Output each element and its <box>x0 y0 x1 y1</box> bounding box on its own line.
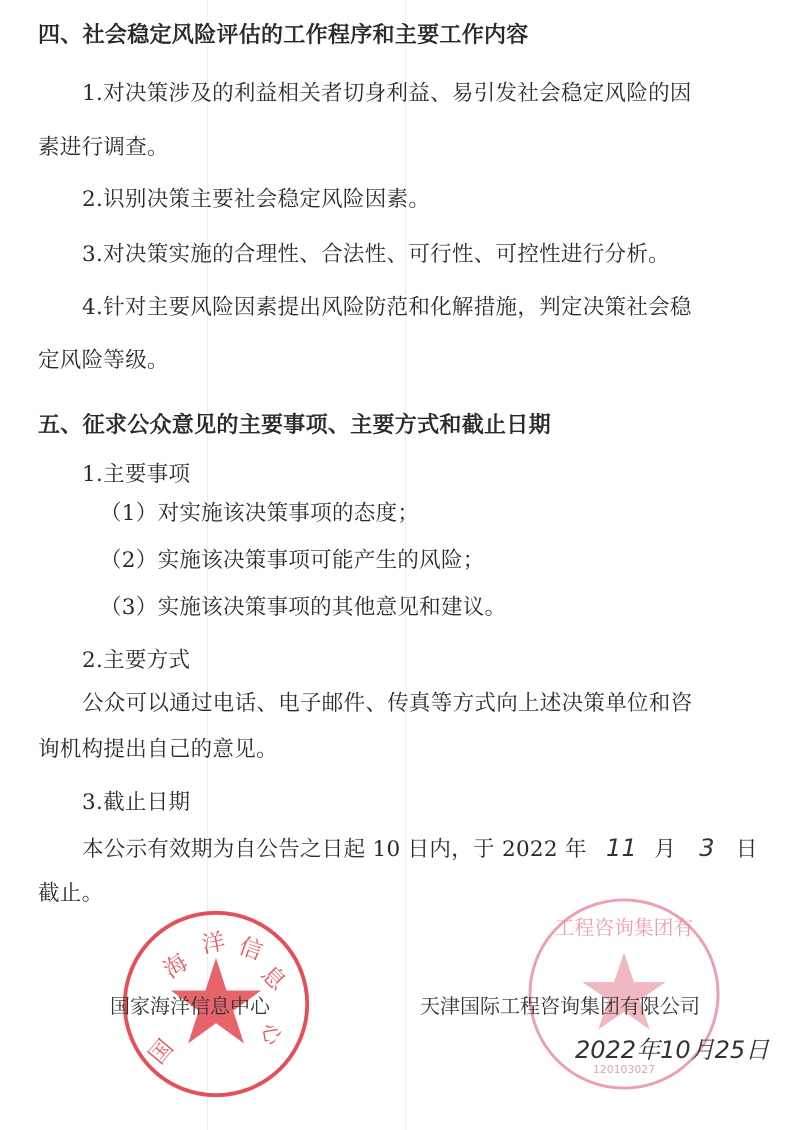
section5-heading: 五、征求公众意见的主要事项、主要方式和截止日期 <box>38 408 551 439</box>
sub3-line1: 本公示有效期为自公告之日起 10 日内，于 2022 年 11 月 3 日 <box>82 832 758 863</box>
svg-text:海: 海 <box>159 949 193 984</box>
sub1-item1: （1）对实施该决策事项的态度； <box>100 496 419 527</box>
sub2-title: 2.主要方式 <box>82 643 190 674</box>
deadline-month-handwritten: 11 <box>606 834 637 862</box>
svg-text:心: 心 <box>258 1022 286 1048</box>
sub1-item2: （2）实施该决策事项可能产生的风险； <box>100 543 485 574</box>
sub2-line1: 公众可以通过电话、电子邮件、传真等方式向上述决策单位和咨 <box>82 686 692 717</box>
svg-text:洋: 洋 <box>200 929 227 959</box>
left-organization-name: 国家海洋信息中心 <box>110 990 270 1019</box>
section4-item4-line2: 定风险等级。 <box>38 343 169 374</box>
section4-item1-line2: 素进行调查。 <box>38 130 169 161</box>
sub1-title: 1.主要事项 <box>82 457 190 488</box>
svg-text:120103027: 120103027 <box>593 1063 655 1076</box>
sub1-item3: （3）实施该决策事项的其他意见和建议。 <box>100 590 506 621</box>
svg-text:信: 信 <box>235 933 266 965</box>
right-organization-name: 天津国际工程咨询集团有限公司 <box>420 990 700 1019</box>
deadline-prefix: 本公示有效期为自公告之日起 10 日内，于 2022 年 <box>82 837 587 862</box>
deadline-day-handwritten: 3 <box>699 834 715 862</box>
section4-heading: 四、社会稳定风险评估的工作程序和主要工作内容 <box>38 18 529 49</box>
signature-date-handwritten: 2022年10月25日 <box>575 1030 769 1065</box>
section4-item1-line1: 1.对决策涉及的利益相关者切身利益、易引发社会稳定风险的因 <box>82 76 692 107</box>
section4-item2: 2.识别决策主要社会稳定风险因素。 <box>82 182 430 213</box>
section4-item4-line1: 4.针对主要风险因素提出风险防范和化解措施，判定决策社会稳 <box>82 290 692 321</box>
section4-item3: 3.对决策实施的合理性、合法性、可行性、可控性进行分析。 <box>82 237 670 268</box>
deadline-day-label: 日 <box>736 837 758 862</box>
sub2-line2: 询机构提出自己的意见。 <box>38 732 278 763</box>
deadline-month-label: 月 <box>654 837 676 862</box>
sub3-line2: 截止。 <box>38 876 103 907</box>
document-page: 四、社会稳定风险评估的工作程序和主要工作内容 1.对决策涉及的利益相关者切身利益… <box>0 0 800 1130</box>
svg-text:工程咨询集团有: 工程咨询集团有 <box>555 917 693 940</box>
sub3-title: 3.截止日期 <box>82 785 190 816</box>
